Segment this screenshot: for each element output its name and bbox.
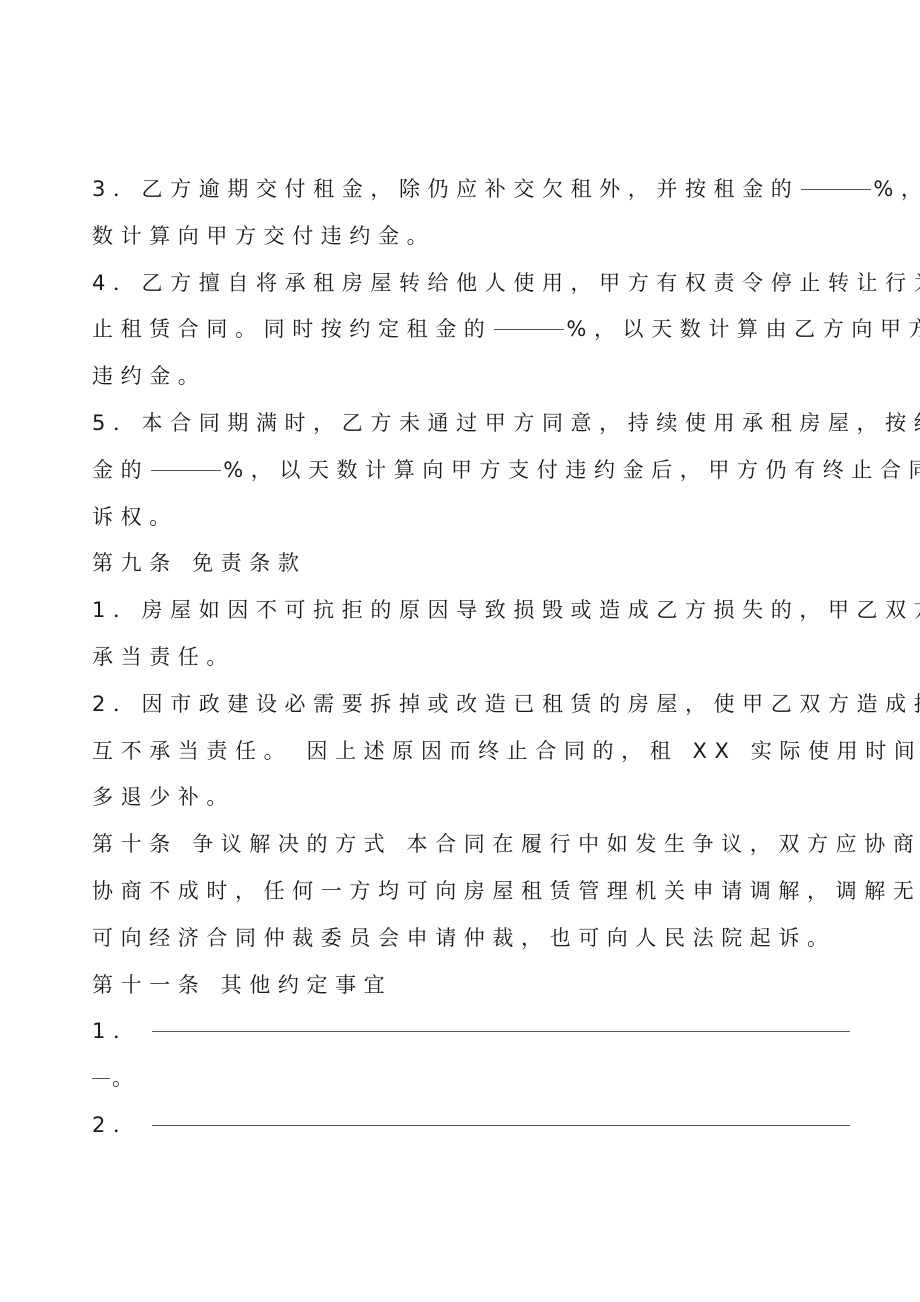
document-page: 3．乙方逾期交付租金，除仍应补交欠租外，并按租金的%，以天 数计算向甲方交付违约… [92, 166, 828, 1149]
text-line: 数计算向甲方交付违约金。 [92, 213, 828, 260]
text-line: 诉权。 [92, 494, 828, 541]
clause-8-5: 5．本合同期满时，乙方未通过甲方同意，持续使用承租房屋，按约定租 金的%，以天数… [92, 400, 828, 540]
article-11-heading: 第十一条 其他约定事宜 [92, 962, 828, 1009]
clause-9-1: 1．房屋如因不可抗拒的原因导致损毁或造成乙方损失的，甲乙双方互不 承当责任。 [92, 587, 828, 681]
clause-8-4: 4．乙方擅自将承租房屋转给他人使用，甲方有权责令停止转让行为，终 止租赁合同。同… [92, 260, 828, 400]
text-line: 3．乙方逾期交付租金，除仍应补交欠租外，并按租金的%，以天 [92, 166, 828, 213]
fill-in-blank[interactable] [92, 1077, 110, 1079]
article-10: 第十条 争议解决的方式 本合同在履行中如发生争议，双方应协商解决； 协商不成时，… [92, 821, 828, 961]
text-line: 4．乙方擅自将承租房屋转给他人使用，甲方有权责令停止转让行为，终 [92, 260, 828, 307]
clause-11-2: 2． [92, 1102, 828, 1149]
text-line: 互不承当责任。 因上述原因而终止合同的，租 XX 实际使用时间计算， [92, 728, 828, 775]
article-9-heading: 第九条 免责条款 [92, 540, 828, 587]
clause-11-1: 1． 。 [92, 1008, 828, 1102]
text-line: 2． [92, 1102, 828, 1149]
fill-in-blank[interactable] [494, 328, 564, 330]
text-line: 可向经济合同仲裁委员会申请仲裁，也可向人民法院起诉。 [92, 915, 828, 962]
fill-in-blank[interactable] [152, 1124, 850, 1126]
fill-in-blank[interactable] [151, 469, 221, 471]
text-line: 协商不成时，任何一方均可向房屋租赁管理机关申请调解，调解无效时， [92, 868, 828, 915]
text-line: 违约金。 [92, 353, 828, 400]
text-line: 止租赁合同。同时按约定租金的%，以天数计算由乙方向甲方支付 [92, 306, 828, 353]
text-line: 多退少补。 [92, 774, 828, 821]
fill-in-blank[interactable] [801, 188, 871, 190]
text-line: 1．房屋如因不可抗拒的原因导致损毁或造成乙方损失的，甲乙双方互不 [92, 587, 828, 634]
text-line: 5．本合同期满时，乙方未通过甲方同意，持续使用承租房屋，按约定租 [92, 400, 828, 447]
text-line: 金的%，以天数计算向甲方支付违约金后，甲方仍有终止合同的申 [92, 447, 828, 494]
text-line: 。 [92, 1055, 828, 1102]
fill-in-blank[interactable] [152, 1030, 850, 1032]
text-line: 1． [92, 1008, 828, 1055]
clause-8-3: 3．乙方逾期交付租金，除仍应补交欠租外，并按租金的%，以天 数计算向甲方交付违约… [92, 166, 828, 260]
text-line: 承当责任。 [92, 634, 828, 681]
text-line: 2．因市政建设必需要拆掉或改造已租赁的房屋，使甲乙双方造成损失， [92, 681, 828, 728]
clause-9-2: 2．因市政建设必需要拆掉或改造已租赁的房屋，使甲乙双方造成损失， 互不承当责任。… [92, 681, 828, 821]
text-line: 第十条 争议解决的方式 本合同在履行中如发生争议，双方应协商解决； [92, 821, 828, 868]
